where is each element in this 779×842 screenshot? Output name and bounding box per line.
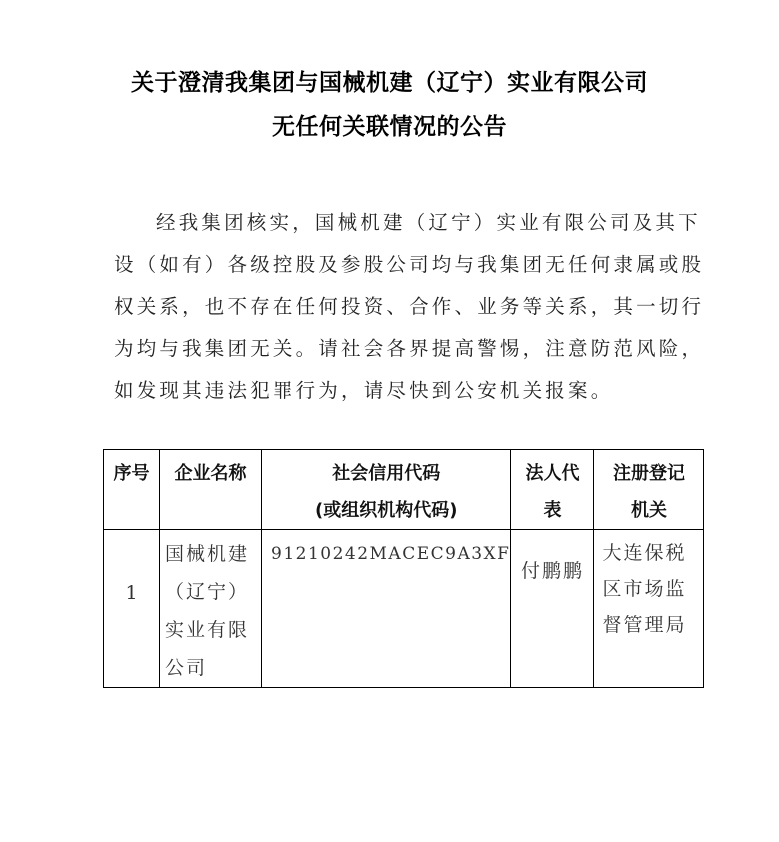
header-registration-authority: 注册登记 机关 [594, 450, 704, 530]
header-seq: 序号 [104, 450, 160, 530]
body-line: 如发现其违法犯罪行为，请尽快到公安机关报案。 [114, 370, 674, 412]
body-line: 权关系，也不存在任何投资、合作、业务等关系，其一切行 [114, 286, 674, 328]
body-line: 经我集团核实，国械机建（辽宁）实业有限公司及其下 [114, 202, 674, 244]
company-info-table: 序号 企业名称 社会信用代码 (或组织机构代码) 法人代 表 注册登记 机关 1 [103, 449, 704, 688]
notice-title-line-1: 关于澄清我集团与国械机建（辽宁）实业有限公司 [0, 64, 779, 97]
body-line: 为均与我集团无关。请社会各界提高警惕，注意防范风险， [114, 328, 674, 370]
header-company-name: 企业名称 [160, 450, 262, 530]
cell-legal-rep: 付鹏鹏 [511, 530, 594, 688]
header-legal-rep: 法人代 表 [511, 450, 594, 530]
table-header-row: 序号 企业名称 社会信用代码 (或组织机构代码) 法人代 表 注册登记 机关 [104, 450, 704, 530]
cell-credit-code: 91210242MACEC9A3XF [262, 530, 511, 688]
cell-company-name: 国械机建 （辽宁） 实业有限 公司 [160, 530, 262, 688]
notice-body: 经我集团核实，国械机建（辽宁）实业有限公司及其下 设（如有）各级控股及参股公司均… [114, 202, 674, 412]
table-row: 1 国械机建 （辽宁） 实业有限 公司 91210242MACEC9A3XF 付… [104, 530, 704, 688]
header-credit-code: 社会信用代码 (或组织机构代码) [262, 450, 511, 530]
cell-seq: 1 [104, 530, 160, 688]
notice-title-line-2: 无任何关联情况的公告 [0, 108, 779, 141]
cell-registration-authority: 大连保税 区市场监 督管理局 [594, 530, 704, 688]
body-line: 设（如有）各级控股及参股公司均与我集团无任何隶属或股 [114, 244, 674, 286]
